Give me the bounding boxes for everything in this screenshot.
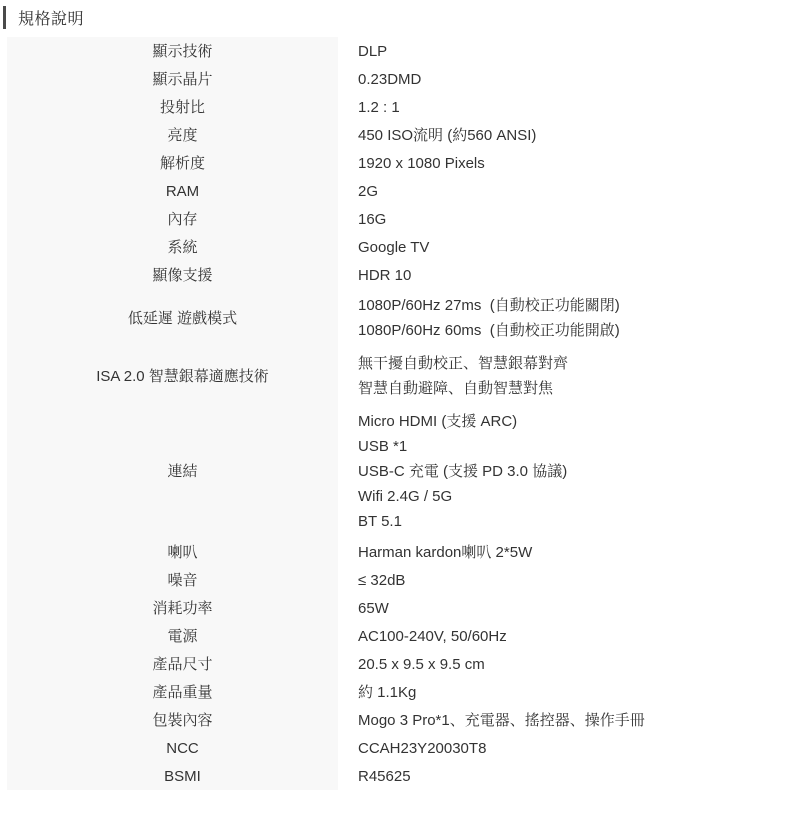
spec-label-cell: 系統: [7, 233, 338, 261]
spec-label: 顯示晶片: [152, 67, 212, 92]
spec-label: 解析度: [160, 151, 205, 176]
spec-value-line: DLP: [358, 39, 793, 64]
spec-value-line: Harman kardon喇叭 2*5W: [358, 540, 793, 565]
spec-value-cell: ≤ 32dB: [338, 566, 793, 594]
spec-label-cell: 低延遲 遊戲模式: [7, 289, 338, 347]
spec-label: NCC: [166, 736, 199, 761]
spec-label-cell: 消耗功率: [7, 594, 338, 622]
spec-value-cell: AC100-240V, 50/60Hz: [338, 622, 793, 650]
spec-value-cell: 16G: [338, 205, 793, 233]
spec-row: 包裝內容Mogo 3 Pro*1、充電器、搖控器、操作手冊: [7, 706, 793, 734]
spec-label: 包裝內容: [152, 708, 212, 733]
spec-value-cell: 65W: [338, 594, 793, 622]
spec-page: 規格說明 顯示技術DLP顯示晶片0.23DMD投射比1.2 : 1亮度450 I…: [0, 0, 800, 816]
spec-label-cell: RAM: [7, 177, 338, 205]
spec-value-line: 450 ISO流明 (約560 ANSI): [358, 123, 793, 148]
spec-label: 消耗功率: [152, 596, 212, 621]
spec-row: NCCCCAH23Y20030T8: [7, 734, 793, 762]
spec-value-cell: 0.23DMD: [338, 65, 793, 93]
spec-row: 顯示晶片0.23DMD: [7, 65, 793, 93]
spec-row: 亮度450 ISO流明 (約560 ANSI): [7, 121, 793, 149]
spec-value-line: 2G: [358, 179, 793, 204]
spec-row: 喇叭Harman kardon喇叭 2*5W: [7, 538, 793, 566]
spec-label-cell: 解析度: [7, 149, 338, 177]
spec-row: 投射比1.2 : 1: [7, 93, 793, 121]
spec-value-line: BT 5.1: [358, 509, 793, 534]
page-title: 規格說明: [18, 6, 84, 29]
spec-label: 電源: [167, 624, 197, 649]
spec-value-line: 1.2 : 1: [358, 95, 793, 120]
spec-value-cell: 450 ISO流明 (約560 ANSI): [338, 121, 793, 149]
spec-table: 顯示技術DLP顯示晶片0.23DMD投射比1.2 : 1亮度450 ISO流明 …: [7, 37, 793, 790]
spec-value-line: 約 1.1Kg: [358, 680, 793, 705]
spec-value-line: Mogo 3 Pro*1、充電器、搖控器、操作手冊: [358, 708, 793, 733]
spec-row: ISA 2.0 智慧銀幕適應技術無干擾自動校正、智慧銀幕對齊智慧自動避障、自動智…: [7, 347, 793, 405]
spec-label: 顯示技術: [152, 39, 212, 64]
spec-label-cell: 顯示晶片: [7, 65, 338, 93]
spec-label-cell: 電源: [7, 622, 338, 650]
spec-label: 低延遲 遊戲模式: [128, 306, 237, 331]
spec-value-line: R45625: [358, 764, 793, 789]
spec-value-line: 1080P/60Hz 60ms (自動校正功能開啟): [358, 318, 793, 343]
spec-label: 亮度: [167, 123, 197, 148]
spec-label: 噪音: [167, 568, 197, 593]
spec-label-cell: BSMI: [7, 762, 338, 790]
spec-value-line: 0.23DMD: [358, 67, 793, 92]
spec-label: 產品重量: [152, 680, 212, 705]
spec-value-cell: CCAH23Y20030T8: [338, 734, 793, 762]
spec-value-line: 1920 x 1080 Pixels: [358, 151, 793, 176]
spec-row: 消耗功率65W: [7, 594, 793, 622]
spec-value-line: Wifi 2.4G / 5G: [358, 484, 793, 509]
spec-label-cell: 連結: [7, 405, 338, 538]
spec-label-cell: NCC: [7, 734, 338, 762]
spec-label: 內存: [167, 207, 197, 232]
spec-row: RAM2G: [7, 177, 793, 205]
spec-value-line: USB-C 充電 (支援 PD 3.0 協議): [358, 459, 793, 484]
spec-value-line: 智慧自動避障、自動智慧對焦: [358, 376, 793, 401]
spec-label-cell: 內存: [7, 205, 338, 233]
spec-row: 解析度1920 x 1080 Pixels: [7, 149, 793, 177]
spec-value-line: 1080P/60Hz 27ms (自動校正功能關閉): [358, 293, 793, 318]
spec-label-cell: ISA 2.0 智慧銀幕適應技術: [7, 347, 338, 405]
spec-value-line: CCAH23Y20030T8: [358, 736, 793, 761]
spec-value-line: AC100-240V, 50/60Hz: [358, 624, 793, 649]
spec-row: 低延遲 遊戲模式1080P/60Hz 27ms (自動校正功能關閉)1080P/…: [7, 289, 793, 347]
spec-row: 產品重量約 1.1Kg: [7, 678, 793, 706]
spec-value-line: ≤ 32dB: [358, 568, 793, 593]
spec-row: BSMIR45625: [7, 762, 793, 790]
spec-label: 系統: [167, 235, 197, 260]
spec-label: RAM: [166, 179, 199, 204]
spec-value-cell: 2G: [338, 177, 793, 205]
spec-value-line: Google TV: [358, 235, 793, 260]
spec-label-cell: 投射比: [7, 93, 338, 121]
spec-value-cell: 1080P/60Hz 27ms (自動校正功能關閉)1080P/60Hz 60m…: [338, 289, 793, 347]
spec-value-cell: Mogo 3 Pro*1、充電器、搖控器、操作手冊: [338, 706, 793, 734]
spec-value-cell: HDR 10: [338, 261, 793, 289]
spec-value-cell: 20.5 x 9.5 x 9.5 cm: [338, 650, 793, 678]
spec-label: ISA 2.0 智慧銀幕適應技術: [96, 364, 269, 389]
title-accent-bar: [3, 6, 6, 29]
spec-value-line: HDR 10: [358, 263, 793, 288]
spec-value-cell: Micro HDMI (支援 ARC)USB *1USB-C 充電 (支援 PD…: [338, 405, 793, 538]
spec-row: 顯像支援HDR 10: [7, 261, 793, 289]
spec-value-line: 無干擾自動校正、智慧銀幕對齊: [358, 351, 793, 376]
spec-row: 顯示技術DLP: [7, 37, 793, 65]
spec-value-line: 20.5 x 9.5 x 9.5 cm: [358, 652, 793, 677]
spec-row: 連結Micro HDMI (支援 ARC)USB *1USB-C 充電 (支援 …: [7, 405, 793, 538]
spec-label: 喇叭: [167, 540, 197, 565]
spec-value-line: Micro HDMI (支援 ARC): [358, 409, 793, 434]
spec-label-cell: 喇叭: [7, 538, 338, 566]
spec-label: 連結: [167, 459, 197, 484]
spec-label-cell: 噪音: [7, 566, 338, 594]
spec-value-cell: 無干擾自動校正、智慧銀幕對齊智慧自動避障、自動智慧對焦: [338, 347, 793, 405]
spec-value-cell: 約 1.1Kg: [338, 678, 793, 706]
spec-value-cell: Harman kardon喇叭 2*5W: [338, 538, 793, 566]
spec-label-cell: 顯像支援: [7, 261, 338, 289]
spec-value-cell: 1.2 : 1: [338, 93, 793, 121]
spec-label: 產品尺寸: [152, 652, 212, 677]
spec-value-cell: Google TV: [338, 233, 793, 261]
spec-label-cell: 顯示技術: [7, 37, 338, 65]
spec-label: 顯像支援: [152, 263, 212, 288]
spec-value-line: 65W: [358, 596, 793, 621]
spec-label-cell: 亮度: [7, 121, 338, 149]
spec-label-cell: 包裝內容: [7, 706, 338, 734]
spec-label: BSMI: [164, 764, 201, 789]
spec-row: 內存16G: [7, 205, 793, 233]
spec-row: 產品尺寸20.5 x 9.5 x 9.5 cm: [7, 650, 793, 678]
spec-label: 投射比: [160, 95, 205, 120]
spec-value-cell: DLP: [338, 37, 793, 65]
spec-label-cell: 產品尺寸: [7, 650, 338, 678]
spec-row: 系統Google TV: [7, 233, 793, 261]
spec-value-line: 16G: [358, 207, 793, 232]
spec-value-cell: 1920 x 1080 Pixels: [338, 149, 793, 177]
section-header: 規格說明: [3, 6, 84, 29]
spec-row: 電源AC100-240V, 50/60Hz: [7, 622, 793, 650]
spec-value-line: USB *1: [358, 434, 793, 459]
spec-value-cell: R45625: [338, 762, 793, 790]
spec-label-cell: 產品重量: [7, 678, 338, 706]
spec-row: 噪音≤ 32dB: [7, 566, 793, 594]
